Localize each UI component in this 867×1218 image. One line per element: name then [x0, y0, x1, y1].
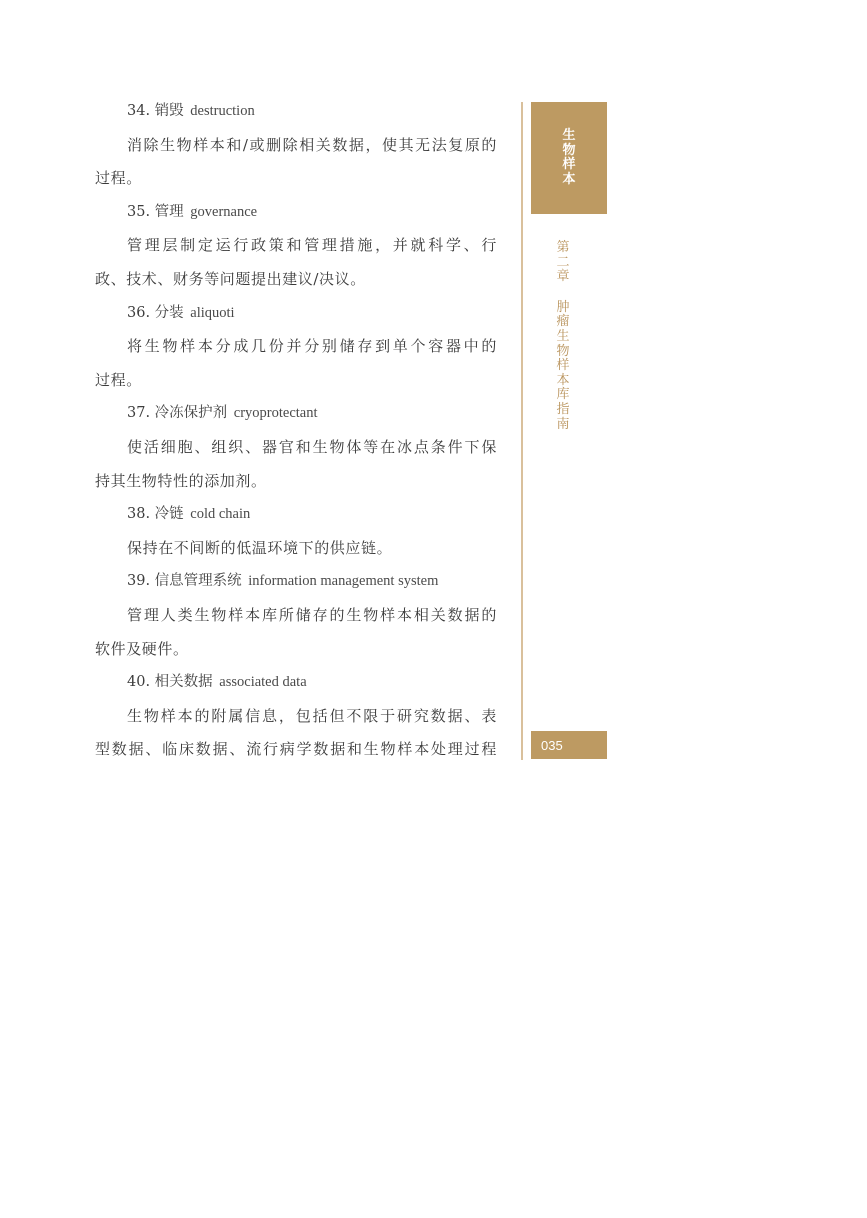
term-heading-38: 38. 冷链 cold chain [95, 498, 497, 532]
definition-line: 生物样本的附属信息，包括但不限于研究数据、表 [95, 700, 497, 734]
term-heading-39: 39. 信息管理系统 information management system [95, 565, 497, 599]
term-number: 38. [127, 506, 150, 522]
term-heading-36: 36. 分装 aliquoti [95, 297, 497, 331]
term-en: aliquoti [190, 305, 234, 321]
definition-line: 持其生物特性的添加剂。 [95, 465, 497, 499]
definition-line: 使活细胞、组织、器官和生物体等在冰点条件下保 [95, 431, 497, 465]
term-number: 34. [127, 103, 150, 119]
definition-line: 政、技术、财务等问题提出建议/决议。 [95, 263, 497, 297]
term-heading-35: 35. 管理 governance [95, 196, 497, 230]
definition-line: 管理人类生物样本库所储存的生物样本相关数据的 [95, 599, 497, 633]
term-en: governance [190, 204, 257, 220]
definition-line: 消除生物样本和/或删除相关数据，使其无法复原的 [95, 129, 497, 163]
spacer [555, 285, 571, 301]
term-number: 37. [127, 405, 150, 421]
page-number: 035 [531, 738, 563, 753]
term-en: destruction [190, 103, 254, 119]
term-en: cold chain [190, 506, 250, 522]
term-heading-34: 34. 销毁 destruction [95, 95, 497, 129]
term-zh: 信息管理系统 [155, 573, 242, 589]
term-zh: 管理 [155, 204, 184, 220]
term-zh: 相关数据 [155, 674, 213, 690]
term-number: 36. [127, 305, 150, 321]
term-en: information management system [248, 573, 438, 589]
term-zh: 冷链 [155, 506, 184, 522]
definition-line: 过程。 [95, 364, 497, 398]
term-zh: 冷冻保护剂 [155, 405, 228, 421]
term-heading-37: 37. 冷冻保护剂 cryoprotectant [95, 397, 497, 431]
term-number: 35. [127, 204, 150, 220]
term-en: associated data [219, 674, 306, 690]
term-number: 40. [127, 674, 150, 690]
chapter-running-head: 第二章 肿瘤生物样本库指南 [555, 241, 571, 432]
glossary-text-column: 34. 销毁 destruction 消除生物样本和/或删除相关数据，使其无法复… [95, 95, 497, 767]
book-title: 肿瘤生物样本库指南 [555, 301, 571, 432]
page-number-box: 035 [531, 731, 607, 759]
definition-line: 将生物样本分成几份并分别储存到单个容器中的 [95, 330, 497, 364]
definition-line: 型数据、临床数据、流行病学数据和生物样本处理过程 [95, 733, 497, 767]
term-en: cryoprotectant [234, 405, 318, 421]
term-zh: 分装 [155, 305, 184, 321]
definition-line: 软件及硬件。 [95, 633, 497, 667]
section-tag-box: 生物样本 [531, 102, 607, 214]
definition-line: 管理层制定运行政策和管理措施，并就科学、行 [95, 229, 497, 263]
term-zh: 销毁 [155, 103, 184, 119]
term-number: 39. [127, 573, 150, 589]
term-heading-40: 40. 相关数据 associated data [95, 666, 497, 700]
definition-line: 保持在不间断的低温环境下的供应链。 [95, 532, 497, 566]
definition-line: 过程。 [95, 162, 497, 196]
chapter-label: 第二章 [555, 241, 571, 285]
section-tag-label: 生物样本 [562, 129, 576, 187]
margin-divider-rule [521, 102, 523, 760]
